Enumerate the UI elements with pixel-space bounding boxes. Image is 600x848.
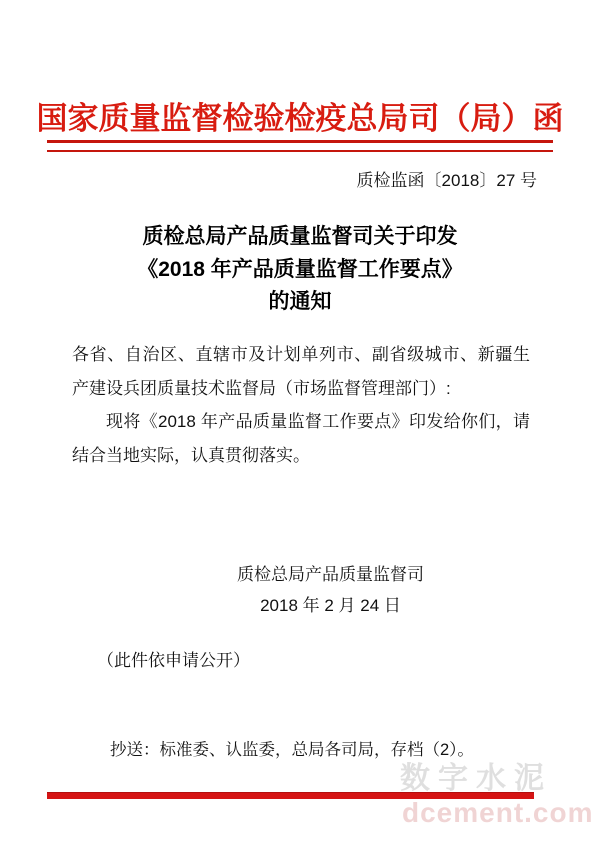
recipients-paragraph: 各省、自治区、直辖市及计划单列市、副省级城市、新疆生产建设兵团质量技术监督局（市… xyxy=(72,338,530,405)
letterhead-title: 国家质量监督检验检疫总局司（局）函 xyxy=(0,93,600,138)
document-number: 质检监函〔2018〕27 号 xyxy=(357,166,537,191)
footer-red-rule xyxy=(47,792,534,799)
document-page: 国家质量监督检验检疫总局司（局）函 质检监函〔2018〕27 号 质检总局产品质… xyxy=(0,0,600,848)
signature-date: 2018 年 2 月 24 日 xyxy=(237,590,424,621)
document-body: 各省、自治区、直辖市及计划单列市、副省级城市、新疆生产建设兵团质量技术监督局（市… xyxy=(72,338,530,472)
notice-title: 质检总局产品质量监督司关于印发 《2018 年产品质量监督工作要点》 的通知 xyxy=(0,221,600,319)
signature-block: 质检总局产品质量监督司 2018 年 2 月 24 日 xyxy=(237,559,424,621)
watermark-domain: dcement.com xyxy=(402,797,594,829)
notice-title-line-3: 的通知 xyxy=(0,286,600,319)
main-paragraph: 现将《2018 年产品质量监督工作要点》印发给你们，请结合当地实际，认真贯彻落实… xyxy=(72,405,530,472)
signature-department: 质检总局产品质量监督司 xyxy=(237,559,424,590)
disclosure-note: （此件依申请公开） xyxy=(97,646,250,671)
letterhead-double-rule xyxy=(47,140,553,152)
watermark-chinese: 数字水泥 xyxy=(400,753,552,797)
notice-title-line-2: 《2018 年产品质量监督工作要点》 xyxy=(0,254,600,287)
notice-title-line-1: 质检总局产品质量监督司关于印发 xyxy=(0,221,600,254)
